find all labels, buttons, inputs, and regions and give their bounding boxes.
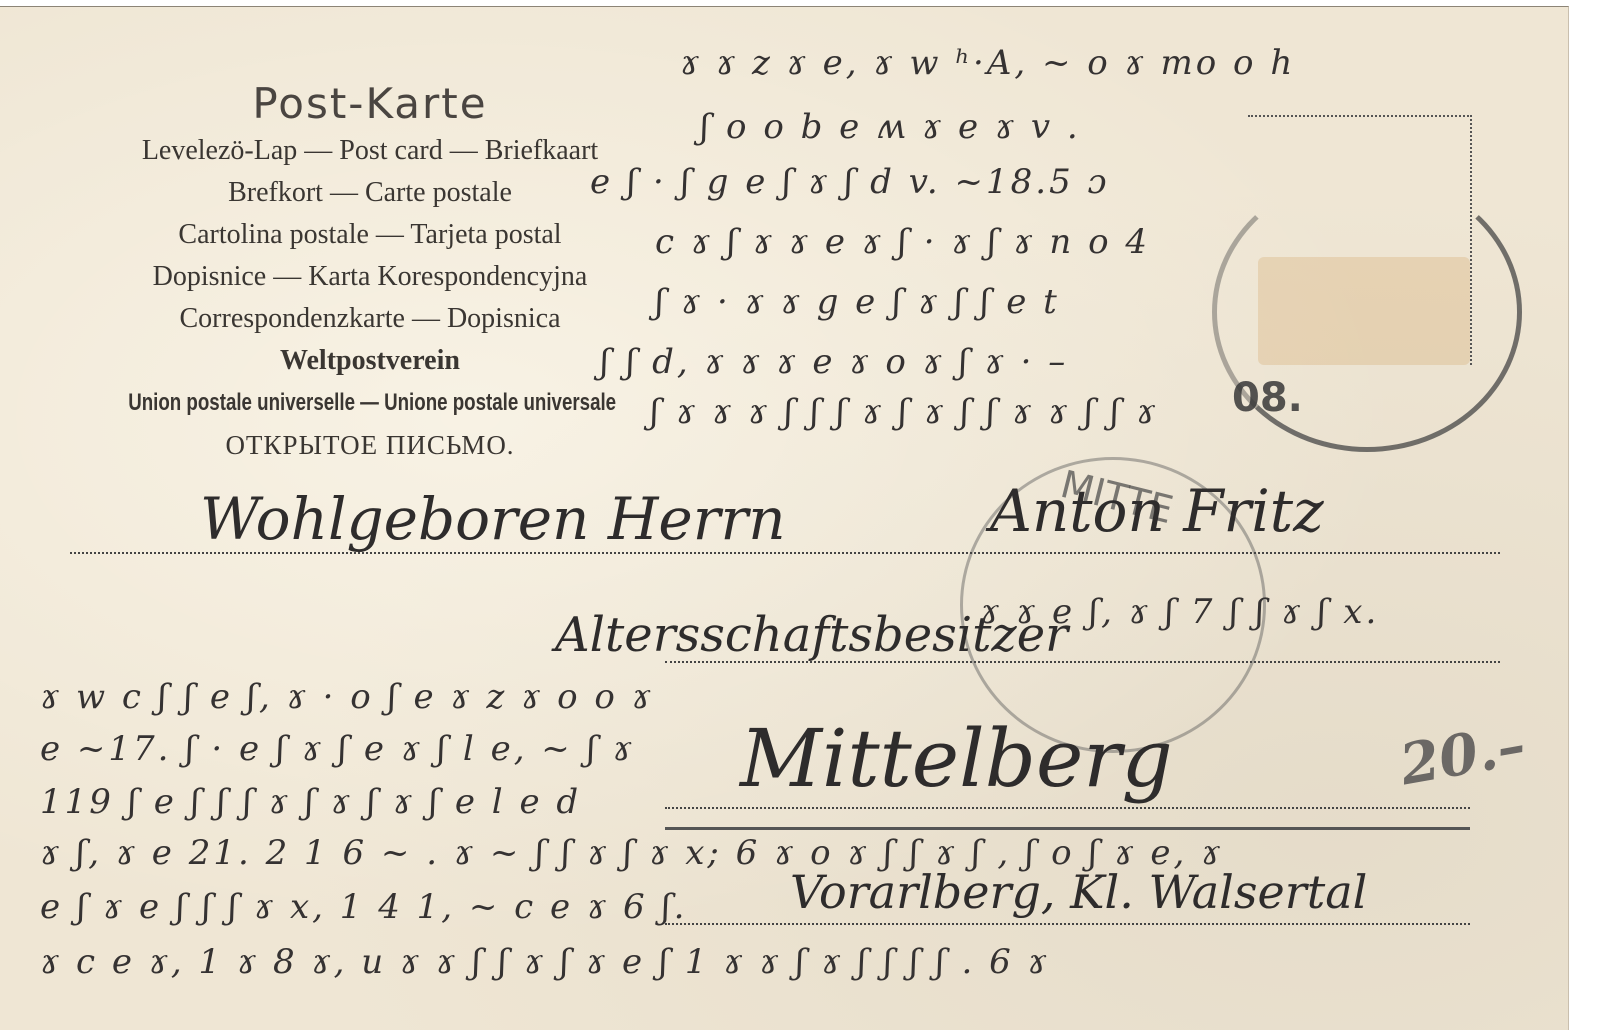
postmark-date: 08. (1232, 375, 1303, 421)
header-line-8: ОТКРЫТОЕ ПИСЬМО. (60, 424, 680, 466)
header-line-5: Correspondenzkarte — Dopisnica (60, 298, 680, 340)
shorthand-line: ɤ c e ɤ, 1 ɤ 8 ɤ, u ɤ ɤ ʃ ʃ ɤ ʃ ɤ e ʃ 1 … (40, 942, 1050, 982)
header-line-3: Cartolina postale — Tarjeta postal (60, 214, 680, 256)
shorthand-line: ʃ ɤ · ɤ ɤ g e ʃ ɤ ʃ ʃ e t (655, 282, 1060, 322)
pencil-note: 20.– (1395, 712, 1530, 799)
shorthand-line: ʃ ɤ ɤ ɤ ʃ ʃ ʃ ɤ ʃ ɤ ʃ ʃ ɤ ɤ ʃ ʃ ɤ (650, 392, 1158, 432)
shorthand-line: c ɤ ʃ ɤ ɤ e ɤ ʃ · ɤ ʃ ɤ n o 4 (655, 222, 1150, 262)
shorthand-line: ʃ ʃ d, ɤ ɤ ɤ e ɤ o ɤ ʃ ɤ · – (600, 342, 1068, 382)
shorthand-line: ɤ ɤ e ʃ, ɤ ʃ 7 ʃ ʃ ɤ ʃ x. (980, 592, 1379, 632)
address-name: Anton Fritz (990, 477, 1324, 545)
address-city: Mittelberg (740, 712, 1173, 805)
header-line-4: Dopisnice — Karta Korespondencyjna (60, 256, 680, 298)
shorthand-line: ʃ o o b e ʍ ɤ e ɤ v . (700, 107, 1081, 147)
address-salutation: Wohlgeboren Herrn (200, 485, 786, 553)
shorthand-line: ɤ ʃ, ɤ e 21. 2 1 6 ~ . ɤ ~ ʃ ʃ ɤ ʃ ɤ x; … (40, 833, 1223, 873)
address-line-3b (665, 827, 1470, 830)
shorthand-line: ɤ ɤ z ɤ e, ɤ w ʰ·A, ~ o ɤ mo o h (680, 43, 1295, 83)
address-region: Vorarlberg, Kl. Walsertal (790, 865, 1367, 919)
header-line-6: Weltpostverein (60, 340, 680, 382)
postcard: Post-Karte Levelezö-Lap — Post card — Br… (0, 6, 1569, 1030)
postcard-title: Post-Karte (60, 79, 680, 128)
printed-header: Post-Karte Levelezö-Lap — Post card — Br… (60, 79, 680, 466)
shorthand-line: e ʃ · ʃ g e ʃ ɤ ʃ d v. ~18.5 ɔ (590, 162, 1110, 202)
shorthand-line: 119 ʃ e ʃ ʃ ʃ ɤ ʃ ɤ ʃ ɤ ʃ e l e d (40, 782, 581, 822)
shorthand-line: ɤ w c ʃ ʃ e ʃ, ɤ · o ʃ e ɤ z ɤ o o ɤ (40, 677, 654, 717)
shorthand-line: e ʃ ɤ e ʃ ʃ ʃ ɤ x, 1 4 1, ~ c e ɤ 6 ʃ. (40, 887, 687, 927)
header-line-7: Union postale universelle — Unione posta… (128, 382, 612, 424)
shorthand-line: e ~17. ʃ · e ʃ ɤ ʃ e ɤ ʃ l e, ~ ʃ ɤ (40, 729, 635, 769)
header-line-2: Brefkort — Carte postale (60, 172, 680, 214)
address-line-4 (665, 923, 1470, 925)
address-line-3 (665, 807, 1470, 809)
header-line-1: Levelezö-Lap — Post card — Briefkaart (60, 130, 680, 172)
